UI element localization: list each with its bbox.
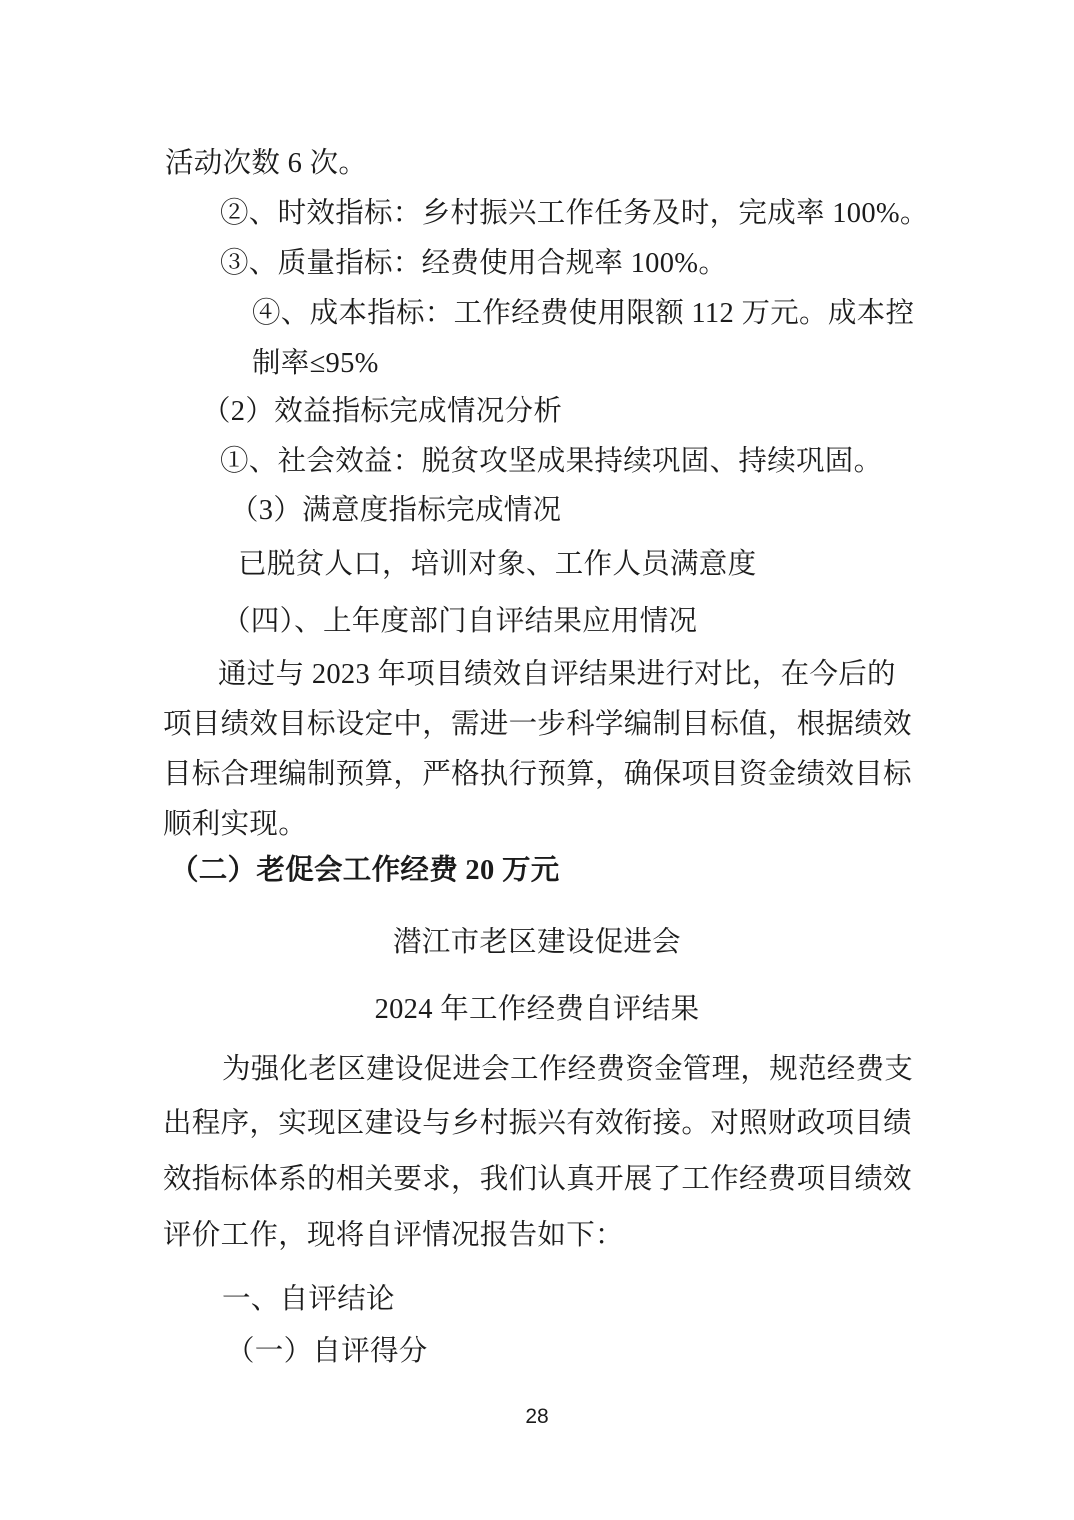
text-line: 活动次数 6 次。: [165, 148, 367, 180]
text-line: （一）自评得分: [226, 1336, 428, 1368]
text-line: 2024 年工作经费自评结果: [0, 994, 1074, 1026]
text-line: （3）满意度指标完成情况: [230, 495, 561, 527]
text-line: 出程序，实现区建设与乡村振兴有效衔接。对照财政项目绩: [163, 1108, 912, 1140]
text-line: （二）老促会工作经费 20 万元: [170, 855, 560, 887]
page-number: 28: [0, 1405, 1074, 1429]
text-line: 通过与 2023 年项目绩效自评结果进行对比，在今后的: [218, 659, 896, 691]
text-line: 为强化老区建设促进会工作经费资金管理，规范经费支: [222, 1054, 913, 1086]
text-line: 已脱贫人口，培训对象、工作人员满意度: [238, 549, 756, 581]
text-line: ③、质量指标：经费使用合规率 100%。: [220, 248, 727, 280]
document-page: 28 活动次数 6 次。②、时效指标：乡村振兴工作任务及时，完成率 100%。③…: [0, 0, 1074, 1520]
text-line: ②、时效指标：乡村振兴工作任务及时，完成率 100%。: [220, 198, 929, 230]
text-line: （2）效益指标完成情况分析: [202, 396, 562, 428]
text-line: ①、社会效益：脱贫攻坚成果持续巩固、持续巩固。: [220, 446, 882, 478]
text-line: 一、自评结论: [222, 1284, 395, 1316]
text-line: 效指标体系的相关要求，我们认真开展了工作经费项目绩效: [163, 1164, 912, 1196]
text-line: 制率≤95%: [252, 348, 379, 380]
text-line: 潜江市老区建设促进会: [0, 927, 1074, 959]
text-line: ④、成本指标：工作经费使用限额 112 万元。成本控: [252, 298, 914, 330]
text-line: 评价工作，现将自评情况报告如下：: [163, 1220, 624, 1252]
text-line: 项目绩效目标设定中，需进一步科学编制目标值，根据绩效: [163, 709, 912, 741]
text-line: 顺利实现。: [163, 809, 307, 841]
text-line: 目标合理编制预算，严格执行预算，确保项目资金绩效目标: [163, 759, 912, 791]
text-line: （四）、上年度部门自评结果应用情况: [222, 606, 697, 638]
